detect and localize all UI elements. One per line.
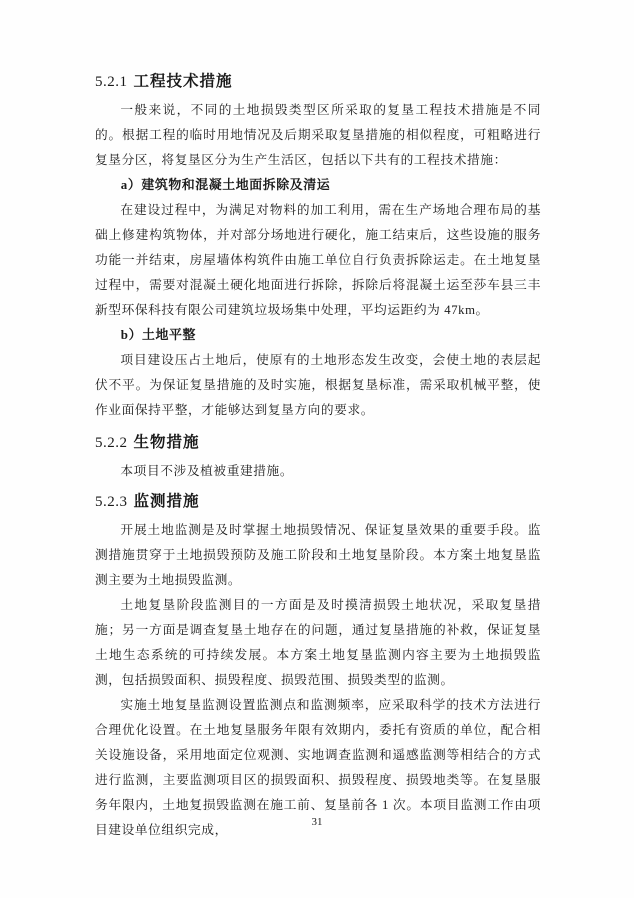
section-number: 5.2.2 [95, 435, 128, 451]
section-number: 5.2.3 [95, 494, 128, 510]
section-heading-5-2-3: 5.2.3监测措施 [95, 488, 541, 516]
section-heading-5-2-1: 5.2.1工程技术措施 [95, 68, 541, 96]
paragraph: 项目建设压占土地后，使原有的土地形态发生改变，会使土地的表层起伏不平。为保证复垦… [95, 348, 541, 423]
document-content: 5.2.1工程技术措施 一般来说，不同的土地损毁类型区所采取的复垦工程技术措施是… [95, 68, 541, 843]
paragraph: 在建设过程中，为满足对物料的加工利用，需在生产场地合理布局的基础上修建构筑物体，… [95, 198, 541, 323]
section-title: 工程技术措施 [134, 73, 233, 90]
paragraph: 土地复垦阶段监测目的一方面是及时摸清损毁土地状况，采取复垦措施；另一方面是调查复… [95, 593, 541, 693]
paragraph: 一般来说，不同的土地损毁类型区所采取的复垦工程技术措施是不同的。根据工程的临时用… [95, 98, 541, 173]
page-number: 31 [0, 816, 634, 828]
subheading-b: b）土地平整 [95, 323, 541, 348]
paragraph: 本项目不涉及植被重建措施。 [95, 459, 541, 484]
section-number: 5.2.1 [95, 74, 128, 90]
paragraph: 开展土地监测是及时掌握土地损毁情况、保证复垦效果的重要手段。监测措施贯穿于土地损… [95, 518, 541, 593]
section-title: 生物措施 [134, 434, 200, 451]
subheading-a: a）建筑物和混凝土地面拆除及清运 [95, 173, 541, 198]
section-heading-5-2-2: 5.2.2生物措施 [95, 429, 541, 457]
section-title: 监测措施 [134, 493, 200, 510]
document-page: 5.2.1工程技术措施 一般来说，不同的土地损毁类型区所采取的复垦工程技术措施是… [0, 0, 634, 898]
